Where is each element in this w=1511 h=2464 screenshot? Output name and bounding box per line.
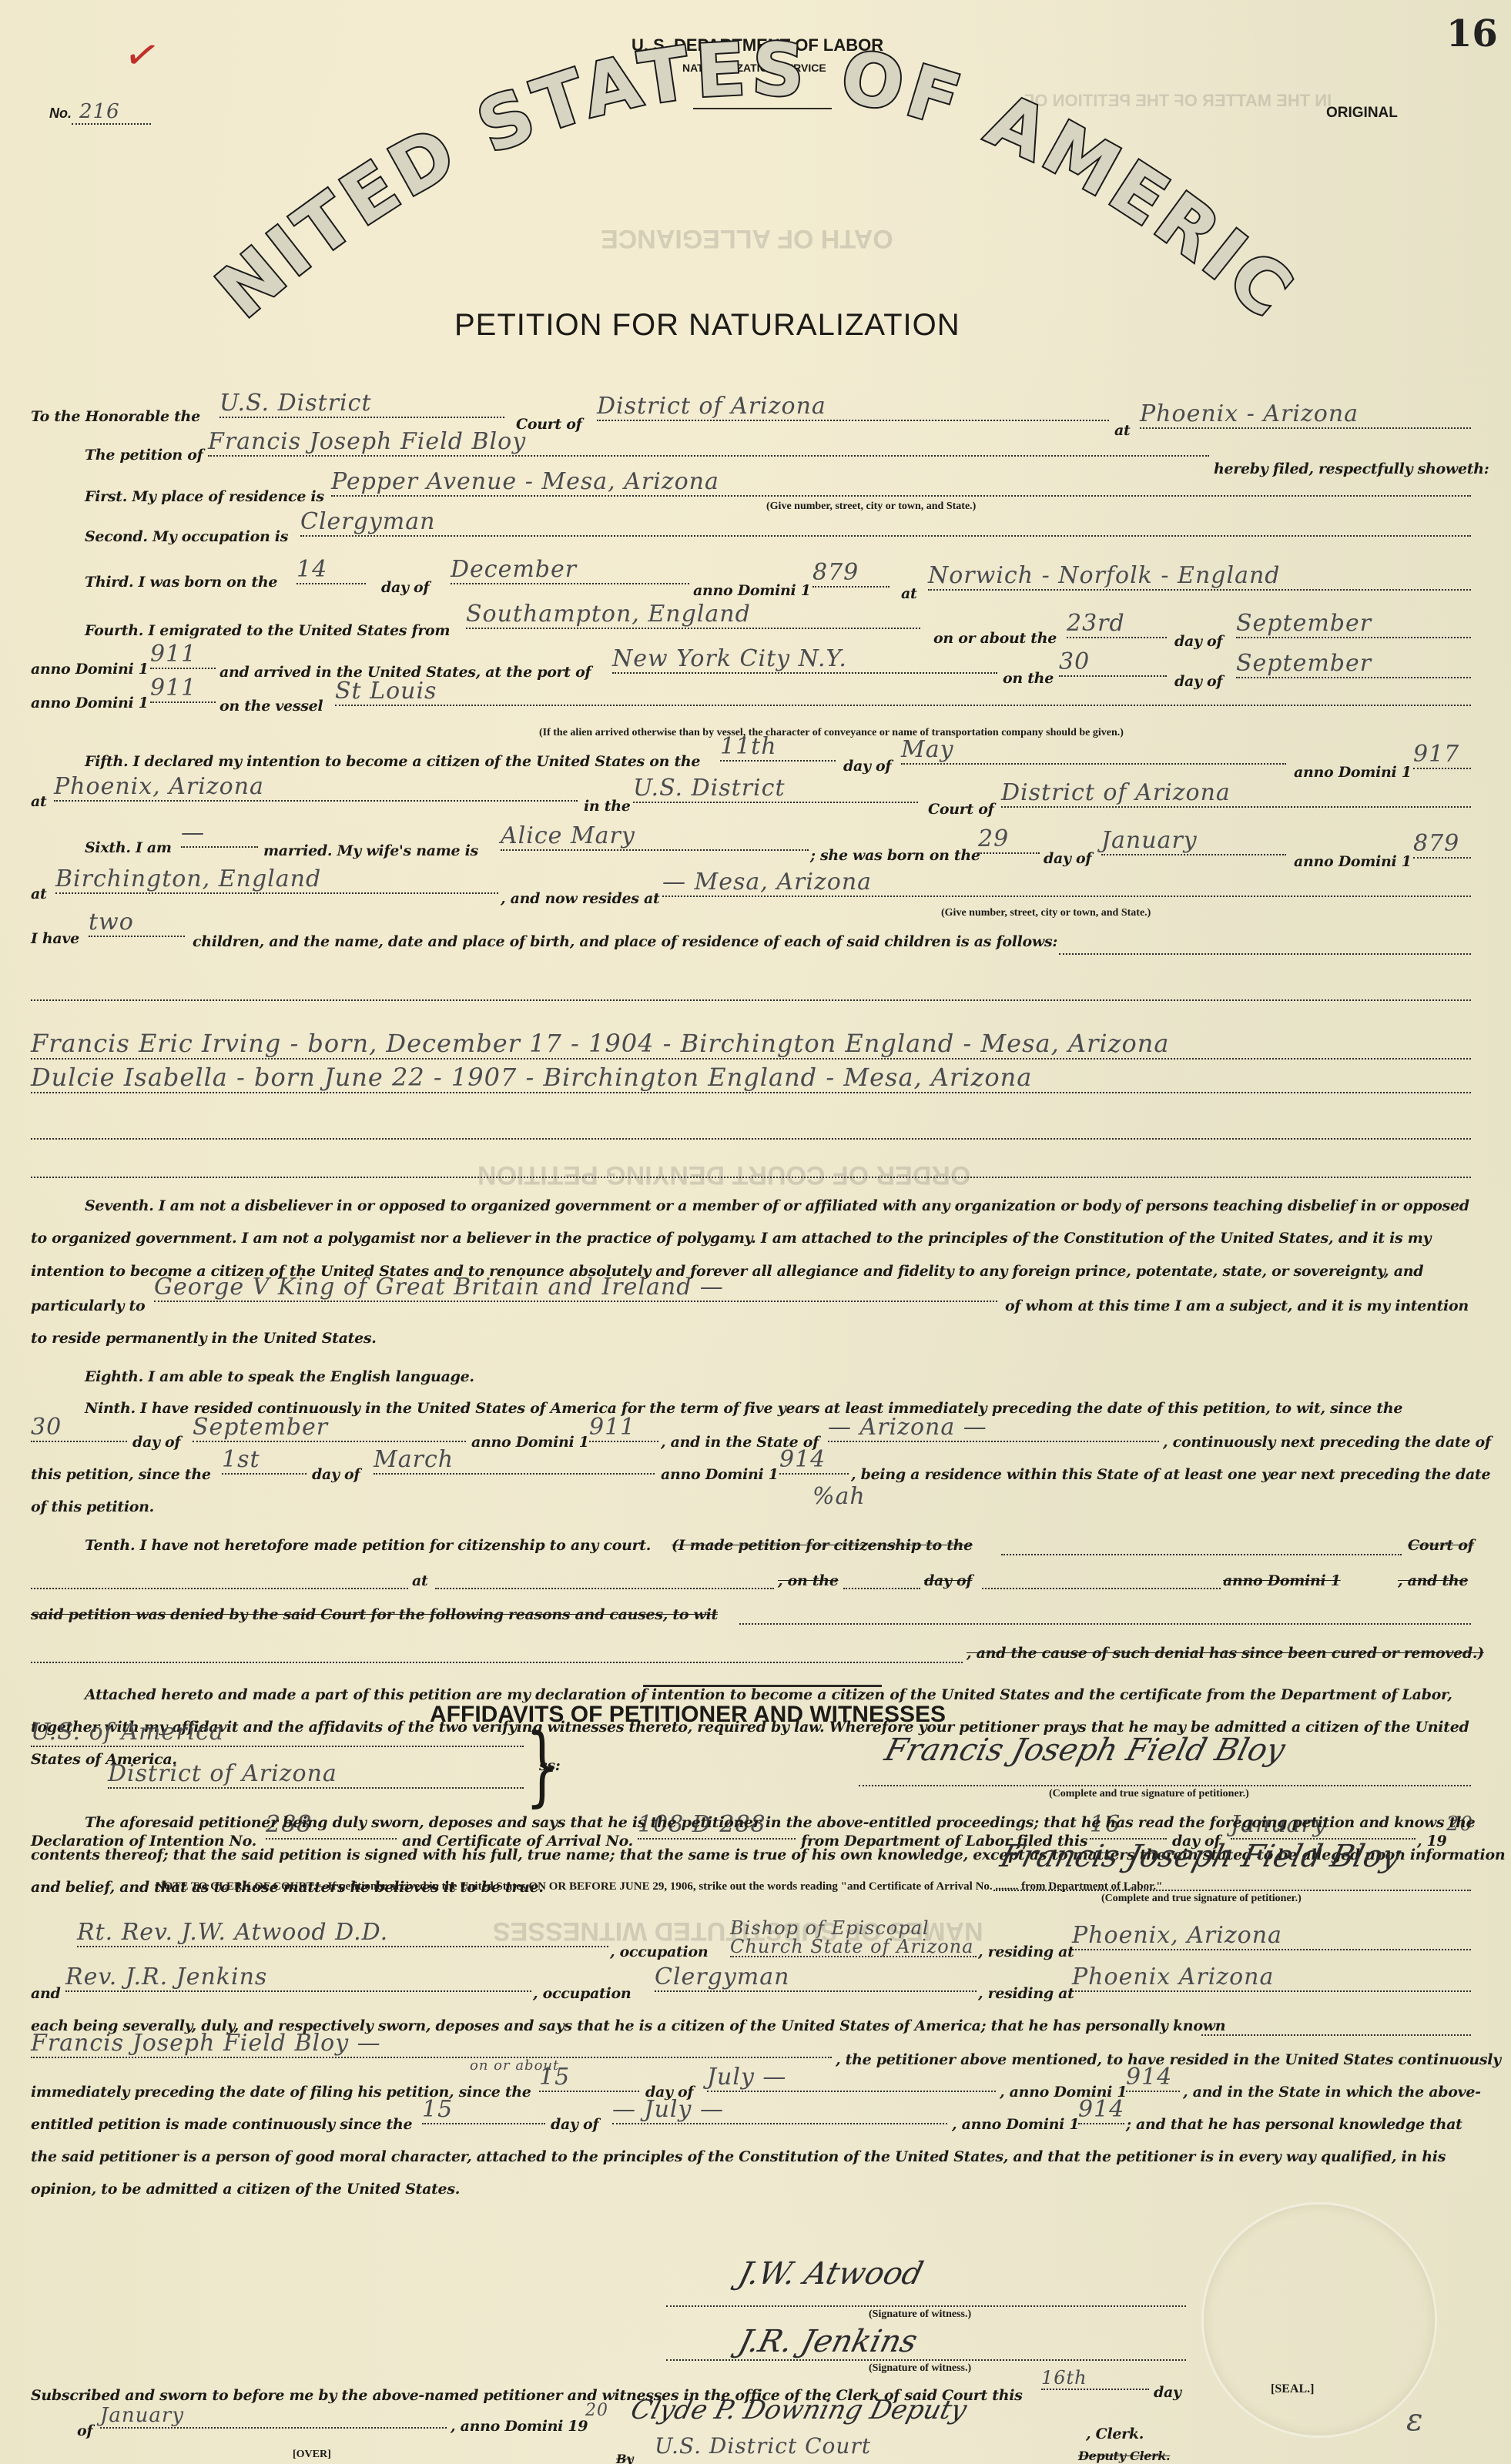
petitioner-signature-2: Francis Joseph Field Bloy <box>997 1839 1404 1874</box>
wife-name: Alice Mary <box>501 822 809 851</box>
main-title-text: UNITED STATES OF AMERICA <box>0 0 1310 323</box>
ss-label: ss: <box>539 1757 561 1774</box>
birth-year: 879 <box>812 559 890 588</box>
sworn-line-1-end <box>1201 2034 1471 2036</box>
witness1-residence: Phoenix, Arizona <box>1072 1922 1471 1950</box>
sworn-month: January <box>100 2404 447 2429</box>
in-the-label: in the <box>584 798 631 815</box>
wife-day-of: day of <box>1044 850 1091 867</box>
state-which-label: , and in the State in which the above- <box>1183 2084 1481 2101</box>
tenth-on-the: , on the <box>778 1572 839 1589</box>
venue-line-1: U.S. of America <box>31 1719 524 1747</box>
moral-line: the said petitioner is a person of good … <box>31 2148 1446 2165</box>
married-status: — <box>181 819 258 848</box>
tenth-line-3 <box>435 1588 774 1589</box>
children-label: children, and the name, date and place o… <box>193 933 1057 950</box>
tenth-line-1 <box>1001 1554 1402 1555</box>
sworn-anno: , anno Domini 19 <box>451 2418 588 2435</box>
tenth-court-of: Court of <box>1408 1537 1473 1554</box>
clerk-label: , Clerk. <box>1086 2425 1144 2442</box>
sworn-of-label: of <box>77 2422 92 2439</box>
continuously-label: , continuously next preceding the date o… <box>1163 1434 1491 1451</box>
witness2-signature: J.R. Jenkins <box>735 2324 920 2359</box>
third-label: Third. I was born on the <box>85 574 277 591</box>
reside-label: to reside permanently in the United Stat… <box>31 1330 377 1347</box>
to-honorable-label: To the Honorable the <box>31 408 200 425</box>
declared-court: U.S. District <box>633 775 918 803</box>
wife-birth-month: January <box>1101 827 1286 855</box>
being-residence-label: , being a residence within this State of… <box>851 1466 1490 1483</box>
deputy-signature: U.S. District Court <box>655 2433 871 2459</box>
first-label: First. My place of residence is <box>85 488 324 505</box>
declared-district: District of Arizona <box>1001 779 1471 808</box>
subject-label: of whom at this time I am a subject, and… <box>1005 1297 1469 1314</box>
ghost-order-denying: ORDER OF COURT DENYING PETITION <box>477 1160 970 1190</box>
declared-day-of: day of <box>843 758 891 775</box>
signature-line-1 <box>859 1785 1471 1786</box>
declared-at-label: at <box>31 793 47 810</box>
tenth-line-4 <box>843 1588 920 1589</box>
declared-court-of: Court of <box>928 801 993 818</box>
emigrated-anno-label: anno Domini 1 <box>31 661 149 678</box>
tenth-strike-3: , and the cause of such denial has since… <box>967 1645 1484 1662</box>
signature-hint-2: (Complete and true signature of petition… <box>1101 1893 1302 1905</box>
vessel-year: 911 <box>150 675 216 703</box>
opinion-line: opinion, to be admitted a citizen of the… <box>31 2181 460 2198</box>
state-month: — July — <box>612 2096 947 2124</box>
witness1-residing-label: , residing at <box>978 1943 1074 1960</box>
sworn-day: 16th <box>1041 2367 1149 2390</box>
svg-text:UNITED STATES OF AMERICA: UNITED STATES OF AMERICA <box>0 0 1310 323</box>
witness2-hint: (Signature of witness.) <box>869 2362 971 2375</box>
wife-birth-place: Birchington, England <box>55 865 498 894</box>
seventh-line-2: to organized government. I am not a poly… <box>31 1230 1431 1247</box>
birth-month: December <box>451 556 689 584</box>
birth-anno-label: anno Domini 1 <box>693 582 811 599</box>
sixth-label: Sixth. I am <box>85 839 172 856</box>
sworn-year: 20 <box>585 2401 608 2420</box>
arrival-month: September <box>1236 650 1471 678</box>
tenth-line-2 <box>31 1588 408 1589</box>
wife-at-label: at <box>31 885 47 902</box>
sworn-day-label: day <box>1154 2384 1181 2401</box>
tenth-strike-1: (I made petition for citizenship to the <box>672 1537 973 1554</box>
state-since-anno: anno Domini 1 <box>661 1466 779 1483</box>
i-have-label: I have <box>31 930 79 947</box>
state-day-of: day of <box>551 2116 598 2133</box>
fifth-label: Fifth. I declared my intention to become… <box>85 753 700 770</box>
married-label: married. My wife's name is <box>263 842 478 859</box>
by-label: By <box>616 2452 633 2464</box>
fourth-label: Fourth. I emigrated to the United States… <box>85 622 450 639</box>
tenth-line-5 <box>982 1588 1221 1589</box>
birth-day-of-label: day of <box>381 579 429 596</box>
wife-anno-label: anno Domini 1 <box>1294 853 1412 870</box>
witness1-hint: (Signature of witness.) <box>869 2308 971 2321</box>
resided-day-of: day of <box>132 1434 180 1451</box>
birth-place: Norwich - Norfolk - England <box>928 562 1471 591</box>
birth-at-label: at <box>901 585 917 602</box>
state-day: 15 <box>422 2096 545 2124</box>
witness2-signature-line <box>666 2359 1186 2361</box>
petitioner-signature-1: Francis Joseph Field Bloy <box>881 1732 1288 1768</box>
section-rule <box>643 1685 882 1687</box>
signature-hint-1: (Complete and true signature of petition… <box>1049 1788 1249 1800</box>
this-petition-label: this petition, since the <box>31 1466 211 1483</box>
entitled-label: entitled petition is made continuously s… <box>31 2116 412 2133</box>
court-type: U.S. District <box>219 390 504 418</box>
emigrated-year: 911 <box>150 641 216 669</box>
known-day: 15 <box>539 2064 639 2092</box>
declared-day: 11th <box>720 733 836 762</box>
second-label: Second. My occupation is <box>85 528 288 545</box>
tenth-and-the: , and the <box>1398 1572 1468 1589</box>
now-resides-label: , and now resides at <box>501 890 660 907</box>
vessel-name: St Louis <box>335 678 1471 706</box>
clerk-initials: %ah <box>812 1483 866 1510</box>
sovereign-value: George V King of Great Britain and Irela… <box>154 1274 997 1302</box>
state-since-day-of: day of <box>312 1466 360 1483</box>
witness2-name: Rev. J.R. Jenkins <box>65 1963 531 1992</box>
and-label: and <box>31 1985 61 2002</box>
declared-year: 917 <box>1413 741 1471 769</box>
declared-anno-label: anno Domini 1 <box>1294 764 1412 781</box>
venue-line-2: District of Arizona <box>108 1760 524 1789</box>
emigrated-day: 23rd <box>1067 610 1167 638</box>
petition-of-label: The petition of <box>85 447 203 464</box>
resided-day: 30 <box>31 1414 127 1442</box>
witness1-occupation: Bishop of Episcopal Church State of Ariz… <box>730 1919 977 1957</box>
occupation-value: Clergyman <box>300 508 1471 537</box>
eighth-label: Eighth. I am able to speak the English l… <box>85 1368 474 1385</box>
witness1-signature-line <box>666 2305 1186 2307</box>
birth-day: 14 <box>297 556 366 584</box>
residence-value: Pepper Avenue - Mesa, Arizona <box>331 468 1471 497</box>
witness1-signature: J.W. Atwood <box>735 2256 926 2292</box>
tenth-strike-2: said petition was denied by the said Cou… <box>31 1606 718 1623</box>
tenth-day-of: day of <box>924 1572 972 1589</box>
tenth-anno: anno Domini 1 <box>1223 1572 1341 1589</box>
clerk-signature: Clyde P. Downing Deputy <box>628 2395 970 2425</box>
children-count: two <box>89 909 185 937</box>
tenth-line-7 <box>31 1662 963 1663</box>
arrival-day: 30 <box>1059 648 1167 677</box>
witness2-residing-label: , residing at <box>978 1985 1074 2002</box>
state-year: 914 <box>1078 2096 1124 2124</box>
children-line-end <box>1059 953 1471 955</box>
corner-mark: ɛ <box>1406 2402 1423 2438</box>
tenth-line-6 <box>739 1623 1471 1625</box>
resided-state: — Arizona — <box>828 1414 1159 1442</box>
particularly-label: particularly to <box>31 1297 145 1314</box>
known-name: Francis Joseph Field Bloy — <box>31 2030 832 2058</box>
emigrated-day-of: day of <box>1174 633 1222 650</box>
state-since-month: March <box>374 1446 655 1475</box>
affidavit-line-3: and belief, and that as to those matters… <box>31 1879 544 1896</box>
wife-birth-day: 29 <box>978 825 1040 854</box>
emigrated-month: September <box>1236 610 1471 638</box>
witness1-name: Rt. Rev. J.W. Atwood D.D. <box>77 1919 608 1947</box>
state-since-year: 914 <box>779 1446 849 1475</box>
tenth-label: Tenth. I have not heretofore made petiti… <box>85 1537 651 1554</box>
state-anno: , anno Domini 1 <box>952 2116 1079 2133</box>
she-born-label: ; she was born on the <box>810 847 980 864</box>
deputy-label: Deputy Clerk. <box>1078 2449 1170 2463</box>
child-row-1: Francis Eric Irving - born, December 17 … <box>31 1029 1471 1060</box>
of-petition-label: of this petition. <box>31 1498 154 1515</box>
wife-birth-year: 879 <box>1413 830 1471 859</box>
wife-residence-hint: (Give number, street, city or town, and … <box>941 907 1151 919</box>
children-blank-line-2 <box>31 1138 1471 1140</box>
resided-year: 911 <box>589 1414 658 1442</box>
attached-line-1: Attached hereto and made a part of this … <box>85 1686 1452 1703</box>
knowledge-label: ; and that he has personal knowledge tha… <box>1126 2116 1462 2133</box>
known-month: July — <box>707 2064 996 2092</box>
child-row-2: Dulcie Isabella - born June 22 - 1907 - … <box>31 1063 1471 1093</box>
main-title-arc: UNITED STATES OF AMERICA <box>0 0 1511 323</box>
on-or-about-label: on or about the <box>933 630 1057 647</box>
vessel-anno-label: anno Domini 1 <box>31 695 149 711</box>
witness2-residence: Phoenix Arizona <box>1072 1963 1471 1992</box>
seventh-line-1: Seventh. I am not a disbeliever in or op… <box>85 1197 1469 1214</box>
court-location: Phoenix - Arizona <box>1140 400 1471 429</box>
witness2-occupation: Clergyman <box>655 1963 977 1992</box>
embossed-seal <box>1201 2202 1437 2438</box>
tenth-at: at <box>412 1572 428 1589</box>
known-year: 914 <box>1126 2064 1180 2092</box>
vessel-label: on the vessel <box>219 698 323 715</box>
state-since-day: 1st <box>222 1446 307 1475</box>
wife-residence: — Mesa, Arizona <box>662 869 1471 897</box>
form-title: PETITION FOR NATURALIZATION <box>454 308 960 343</box>
resided-month: September <box>193 1414 466 1442</box>
declared-at: Phoenix, Arizona <box>54 773 578 802</box>
petitioner-name: Francis Joseph Field Bloy <box>208 428 1209 457</box>
arrival-port: New York City N.Y. <box>612 645 997 674</box>
emigrated-from: Southampton, England <box>466 601 920 629</box>
witness1-occupation-label: , occupation <box>610 1943 708 1960</box>
signature-line-2 <box>993 1890 1471 1891</box>
declared-month: May <box>901 736 1286 765</box>
over-label: [OVER] <box>293 2449 331 2461</box>
court-district: District of Arizona <box>597 393 1109 421</box>
children-blank-line <box>31 999 1471 1001</box>
affidavit-line-1: The aforesaid petitioner being duly swor… <box>85 1814 1475 1831</box>
witness2-occupation-label: , occupation <box>533 1985 631 2002</box>
seal-label: [SEAL.] <box>1271 2382 1314 2396</box>
children-blank-line-3 <box>31 1177 1471 1178</box>
